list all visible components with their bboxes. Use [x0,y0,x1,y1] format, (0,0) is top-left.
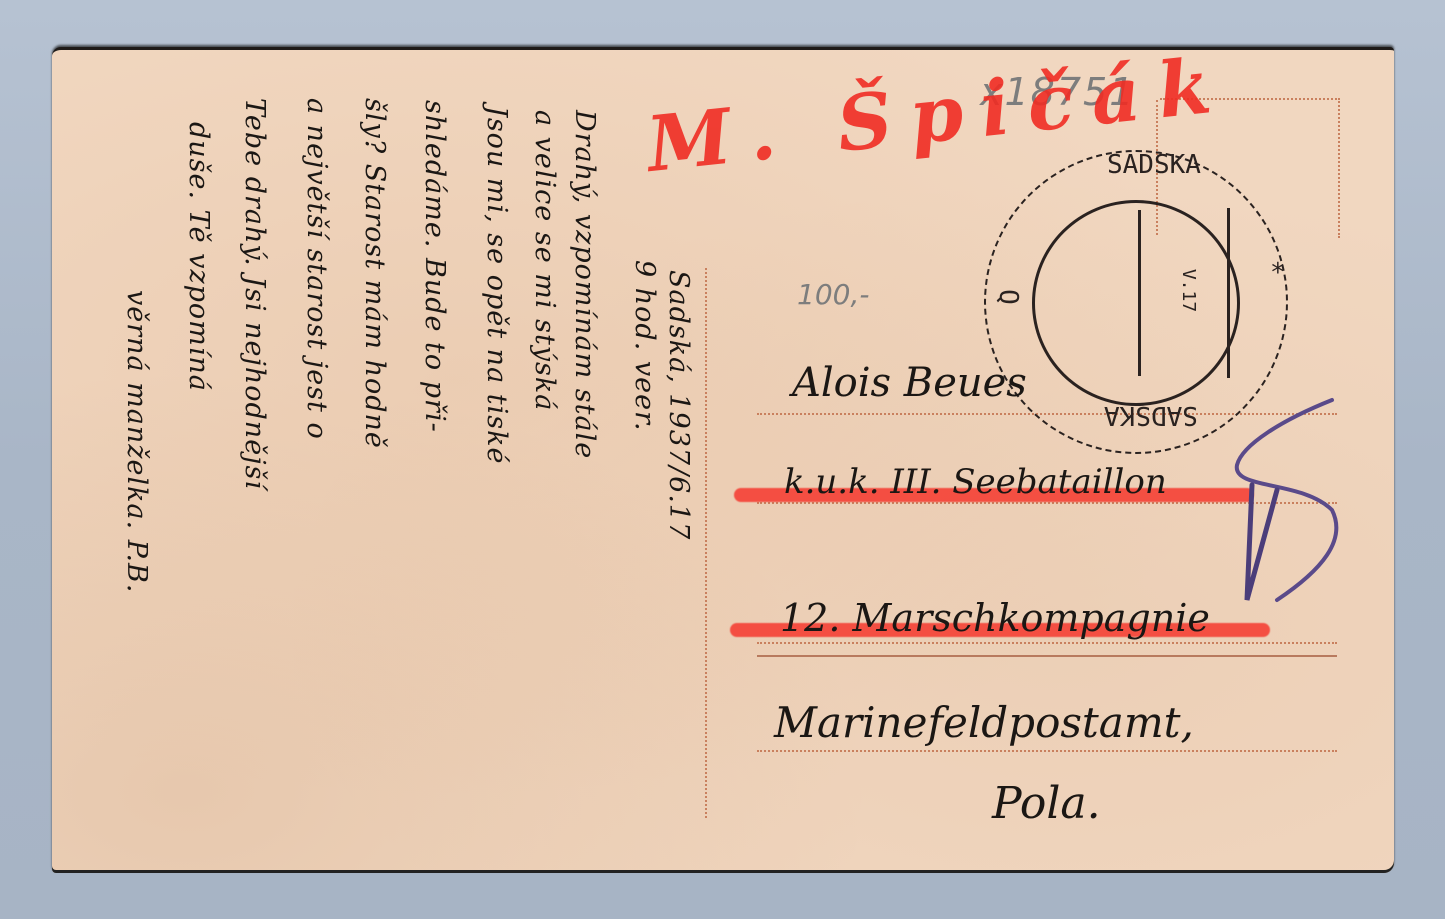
postmark-left-mark: Q [993,289,1023,305]
message-line: věrná manželka. P.B. [121,290,152,593]
message-line: Drahý, vzpomínám stále [569,110,600,459]
postmark-top-text: SADSKA [1107,150,1201,180]
postmark-inner-ring [1032,200,1240,406]
date-line-place: Sadská, 1937/6.17 [663,270,694,540]
message-line: šly? Starost mám hodně [359,98,390,449]
address-line-3 [757,642,1337,644]
address-line-3b [757,655,1337,657]
date-line-time: 9 hod. veer. [629,260,660,432]
price-note: 100,- [797,278,869,311]
postmark-bar-left [1138,210,1141,376]
address-line-name: Alois Beues [792,360,1027,406]
address-line-unit: k.u.k. III. Seebataillon [784,462,1167,502]
message-line: duše. Tě vzpomíná [183,122,214,392]
divider-line [705,268,707,818]
violet-pencil-mark [1182,390,1342,620]
address-line-4 [757,750,1337,752]
postmark-bar-right [1227,208,1230,378]
message-line: Jsou mi, se opět na tiské [481,106,512,464]
message-line: shledáme. Bude to při- [419,100,450,433]
address-line-city: Pola. [992,778,1101,829]
address-line-company: 12. Marschkompagnie [780,596,1210,640]
stamp-box-right [1338,98,1340,238]
postmark-star: * [1270,258,1286,288]
postmark-date: V.17 [1178,269,1199,312]
message-line: Tebe drahý. Jsi nejhodnější [239,98,270,490]
message-line: a velice se mi stýská [529,110,560,411]
address-line-postoffice: Marinefeldpostamt, [774,698,1194,747]
postcard-back: x18751 100,- SADSKA SADSKA Q * V.17 M. Š… [52,47,1394,873]
message-line: a největší starost jest o [301,98,332,440]
